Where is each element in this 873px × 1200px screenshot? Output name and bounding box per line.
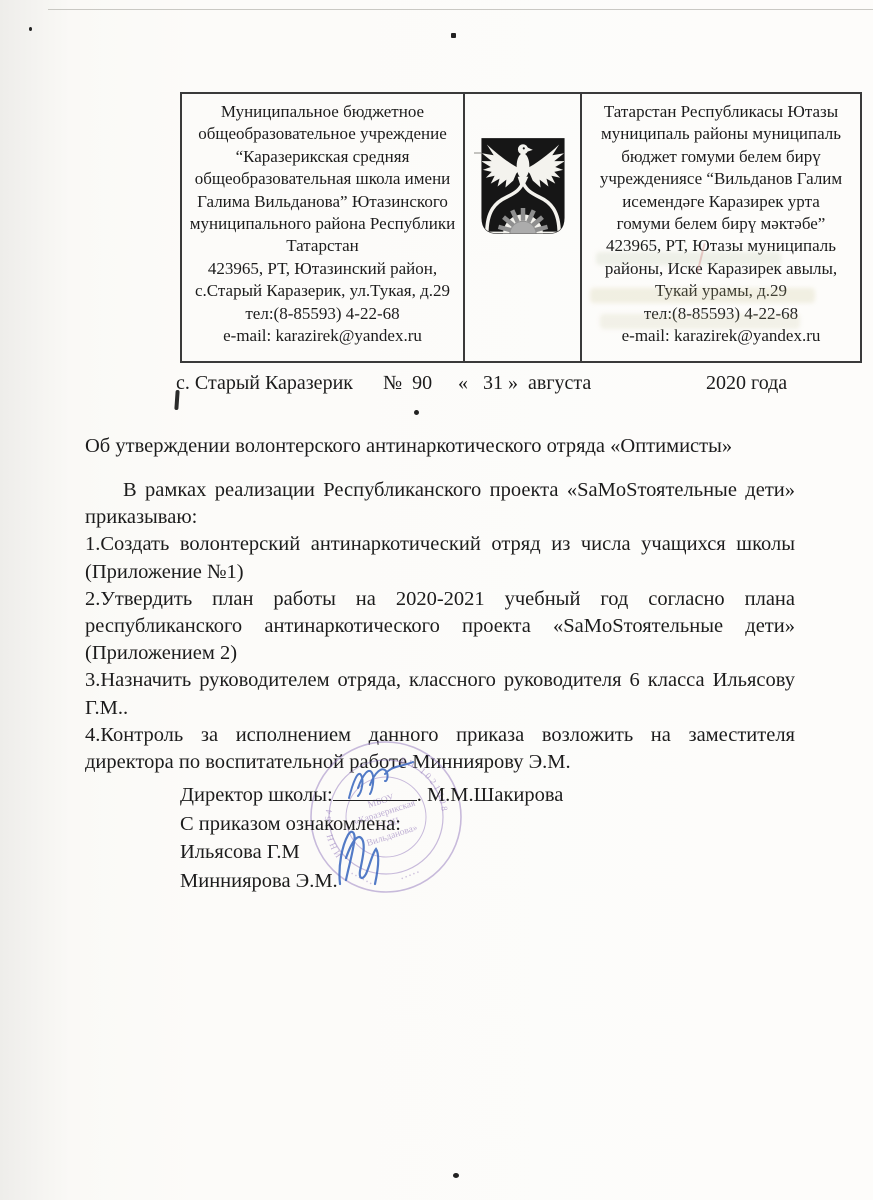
order-subject: Об утверждении волонтерского антинаркоти…	[85, 433, 800, 460]
order-number: № 90	[383, 372, 432, 395]
order-intro: В рамках реализации Республиканского про…	[85, 477, 795, 531]
director-handwritten-signature	[345, 760, 417, 804]
ink-speck	[29, 27, 32, 31]
order-item-3: 3.Назначить руководителем отряда, классн…	[85, 667, 795, 721]
bleed-through-smudge	[590, 288, 815, 303]
bleed-through-smudge	[600, 314, 800, 329]
org-name-russian: Муниципальное бюджетное общеобразователь…	[182, 94, 465, 361]
order-year: 2020 года	[706, 372, 787, 395]
scanned-order-document: Муниципальное бюджетное общеобразователь…	[0, 0, 873, 1200]
coat-of-arms-icon	[479, 136, 567, 237]
ink-dot-middle	[414, 410, 419, 415]
director-label: Директор школы:	[180, 784, 333, 806]
date-line: с. Старый Каразерик № 90 « 31 » августа …	[0, 372, 873, 396]
bleed-through-smudge	[596, 252, 781, 265]
ack-handwritten-signature	[330, 824, 392, 890]
ink-dot-top	[451, 33, 456, 38]
order-item-1: 1.Создать волонтерский антинаркотический…	[85, 531, 795, 585]
place-name: с. Старый Каразерик	[176, 372, 353, 395]
ink-dot-bottom	[453, 1173, 459, 1178]
director-punct: .	[417, 784, 422, 806]
emblem-cell	[465, 94, 582, 361]
order-item-2: 2.Утвердить план работы на 2020-2021 уче…	[85, 586, 795, 668]
order-date: « 31 » августа	[458, 372, 591, 395]
director-name: М.М.Шакирова	[427, 784, 563, 806]
order-body: В рамках реализации Республиканского про…	[85, 477, 795, 776]
scan-edge-line	[48, 9, 873, 10]
